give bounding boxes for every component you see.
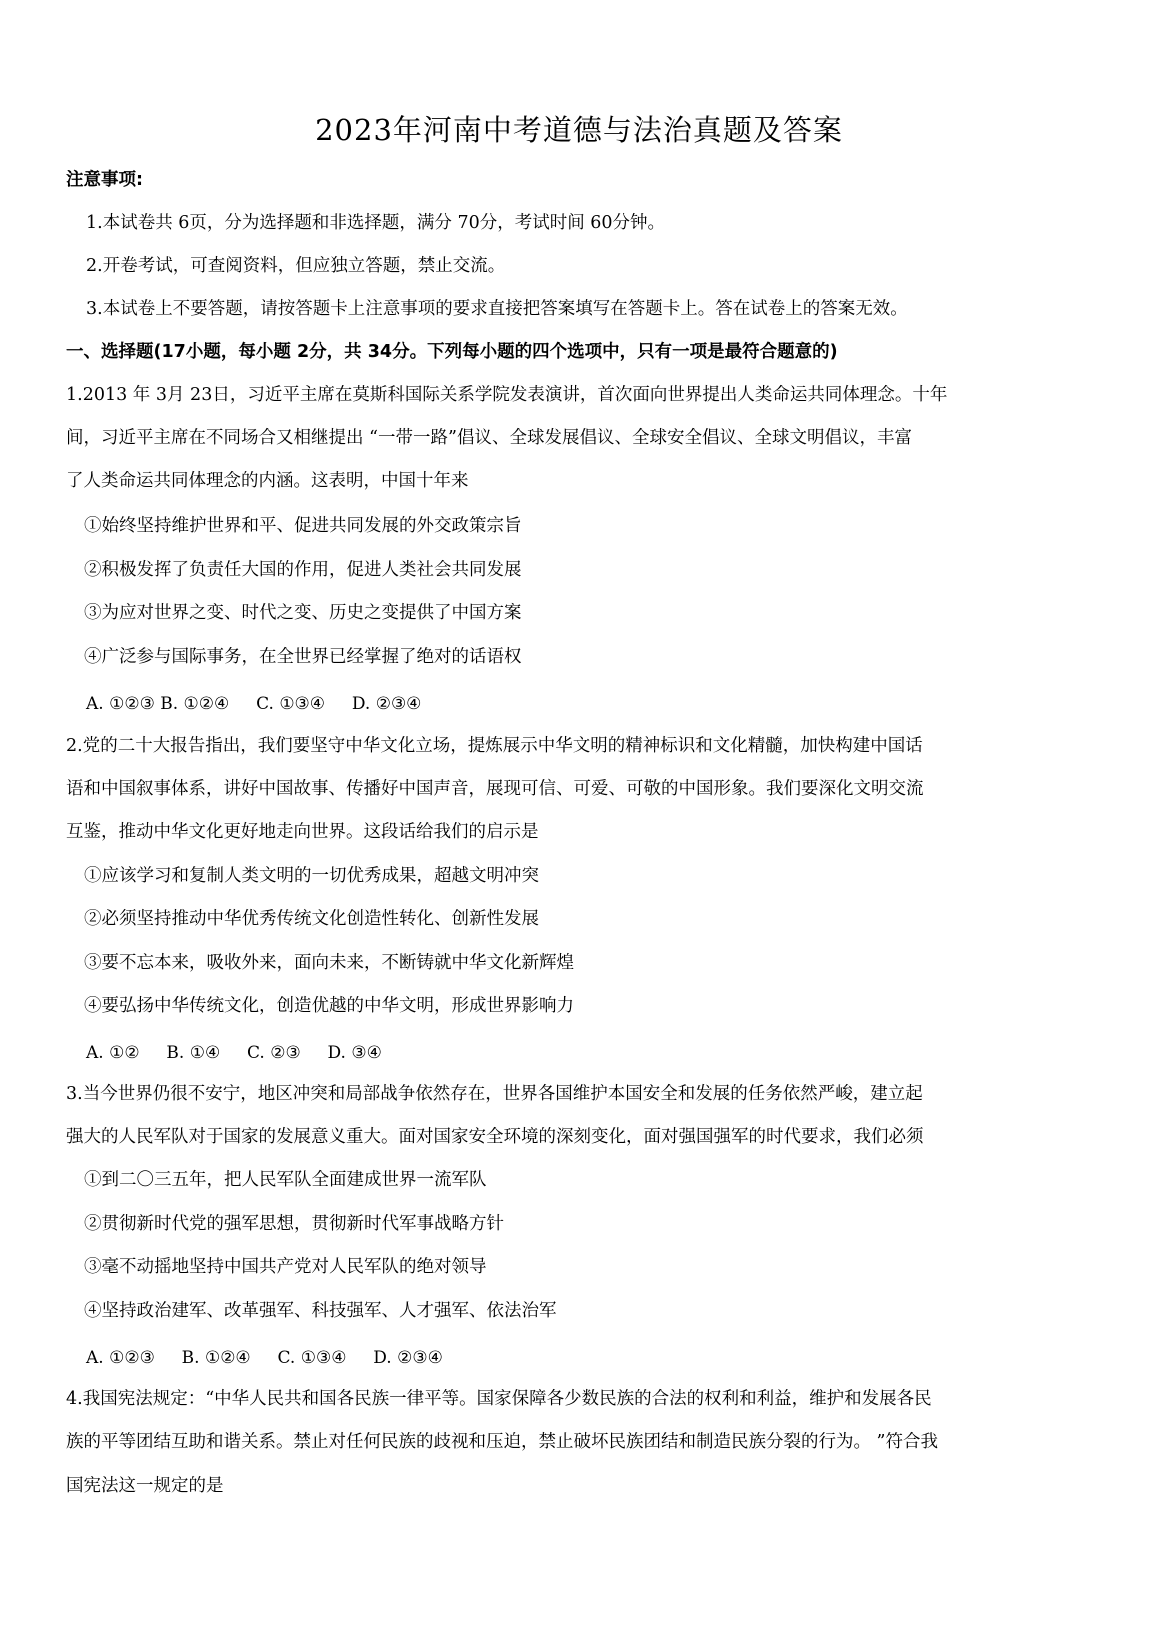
- statement: ③要不忘本来，吸收外来，面向未来，不断铸就中华文化新辉煌: [84, 951, 574, 975]
- question-stem-line: 3.当今世界仍很不安宁，地区冲突和局部战争依然存在，世界各国维护本国安全和发展的…: [66, 1082, 923, 1106]
- statement: ②贯彻新时代党的强军思想，贯彻新时代军事战略方针: [84, 1212, 504, 1236]
- statement: ④广泛参与国际事务，在全世界已经掌握了绝对的话语权: [84, 645, 522, 669]
- question-stem-line: 国宪法这一规定的是: [66, 1474, 224, 1498]
- statement: ③为应对世界之变、时代之变、历史之变提供了中国方案: [84, 601, 522, 625]
- question-stem-line: 4.我国宪法规定：“中华人民共和国各民族一律平等。国家保障各少数民族的合法的权利…: [66, 1387, 932, 1411]
- exam-page: 2023年河南中考道德与法治真题及答案 注意事项: 1.本试卷共 6页，分为选择…: [0, 0, 1158, 1638]
- choice-label: B.: [166, 1041, 184, 1065]
- choice-value: ①②④: [205, 1346, 251, 1370]
- statement: ②必须坚持推动中华优秀传统文化创造性转化、创新性发展: [84, 907, 539, 931]
- choice-value: ①④: [190, 1041, 220, 1065]
- choice-value: ①②③: [109, 692, 155, 716]
- statement: ④要弘扬中华传统文化，创造优越的中华文明，形成世界影响力: [84, 994, 574, 1018]
- choice-value: ①③④: [279, 692, 325, 716]
- choice-value: ②③④: [397, 1346, 443, 1370]
- choice-label: B.: [160, 692, 178, 716]
- statement: ②积极发挥了负责任大国的作用，促进人类社会共同发展: [84, 558, 522, 582]
- question-stem-line: 互鉴，推动中华文化更好地走向世界。这段话给我们的启示是: [66, 820, 539, 844]
- answer-choices: A. ①② B. ①④ C. ②③ D. ③④: [86, 1041, 382, 1065]
- statement: ①到二〇三五年，把人民军队全面建成世界一流军队: [84, 1168, 487, 1192]
- choice-value: ①③④: [301, 1346, 347, 1370]
- question-stem-line: 族的平等团结互助和谐关系。禁止对任何民族的歧视和压迫，禁止破坏民族团结和制造民族…: [66, 1430, 938, 1454]
- question-stem-line: 强大的人民军队对于国家的发展意义重大。面对国家安全环境的深刻变化，面对强国强军的…: [66, 1125, 924, 1149]
- statement: ④坚持政治建军、改革强军、科技强军、人才强军、依法治军: [84, 1299, 557, 1323]
- choice-value: ①②: [109, 1041, 139, 1065]
- choice-value: ①②④: [184, 692, 230, 716]
- document-title: 2023年河南中考道德与法治真题及答案: [0, 110, 1158, 150]
- choice-label: A.: [86, 1041, 104, 1065]
- choice-label: B.: [182, 1346, 200, 1370]
- statement: ③毫不动摇地坚持中国共产党对人民军队的绝对领导: [84, 1255, 487, 1279]
- choice-value: ②③: [270, 1041, 300, 1065]
- choice-label: A.: [86, 1346, 104, 1370]
- choice-label: C.: [247, 1041, 265, 1065]
- choice-value: ①②③: [109, 1346, 155, 1370]
- question-stem-line: 了人类命运共同体理念的内涵。这表明，中国十年来: [66, 469, 469, 493]
- choice-label: A.: [86, 692, 104, 716]
- statement: ①始终坚持维护世界和平、促进共同发展的外交政策宗旨: [84, 514, 522, 538]
- notice-item: 1.本试卷共 6页，分为选择题和非选择题，满分 70分，考试时间 60分钟。: [86, 211, 665, 235]
- choice-label: D.: [352, 692, 370, 716]
- question-stem-line: 语和中国叙事体系，讲好中国故事、传播好中国声音，展现可信、可爱、可敬的中国形象。…: [66, 777, 924, 801]
- choice-value: ③④: [351, 1041, 381, 1065]
- answer-choices: A. ①②③ B. ①②④ C. ①③④ D. ②③④: [86, 1346, 443, 1370]
- section-heading: 一、选择题(17小题，每小题 2分，共 34分。下列每小题的四个选项中，只有一项…: [66, 340, 838, 364]
- question-stem-line: 2.党的二十大报告指出，我们要坚守中华文化立场，提炼展示中华文明的精神标识和文化…: [66, 734, 923, 758]
- choice-value: ②③④: [376, 692, 422, 716]
- choice-label: C.: [278, 1346, 296, 1370]
- notice-heading: 注意事项:: [66, 168, 143, 192]
- choice-label: D.: [328, 1041, 346, 1065]
- question-stem-line: 1.2013 年 3月 23日，习近平主席在莫斯科国际关系学院发表演讲，首次面向…: [66, 383, 947, 407]
- answer-choices: A. ①②③ B. ①②④ C. ①③④ D. ②③④: [86, 692, 421, 716]
- statement: ①应该学习和复制人类文明的一切优秀成果，超越文明冲突: [84, 864, 539, 888]
- choice-label: C.: [256, 692, 274, 716]
- choice-label: D.: [373, 1346, 391, 1370]
- notice-item: 3.本试卷上不要答题，请按答题卡上注意事项的要求直接把答案填写在答题卡上。答在试…: [86, 297, 908, 321]
- question-stem-line: 间，习近平主席在不同场合又相继提出 “一带一路”倡议、全球发展倡议、全球安全倡议…: [66, 426, 912, 450]
- notice-item: 2.开卷考试，可查阅资料，但应独立答题，禁止交流。: [86, 254, 505, 278]
